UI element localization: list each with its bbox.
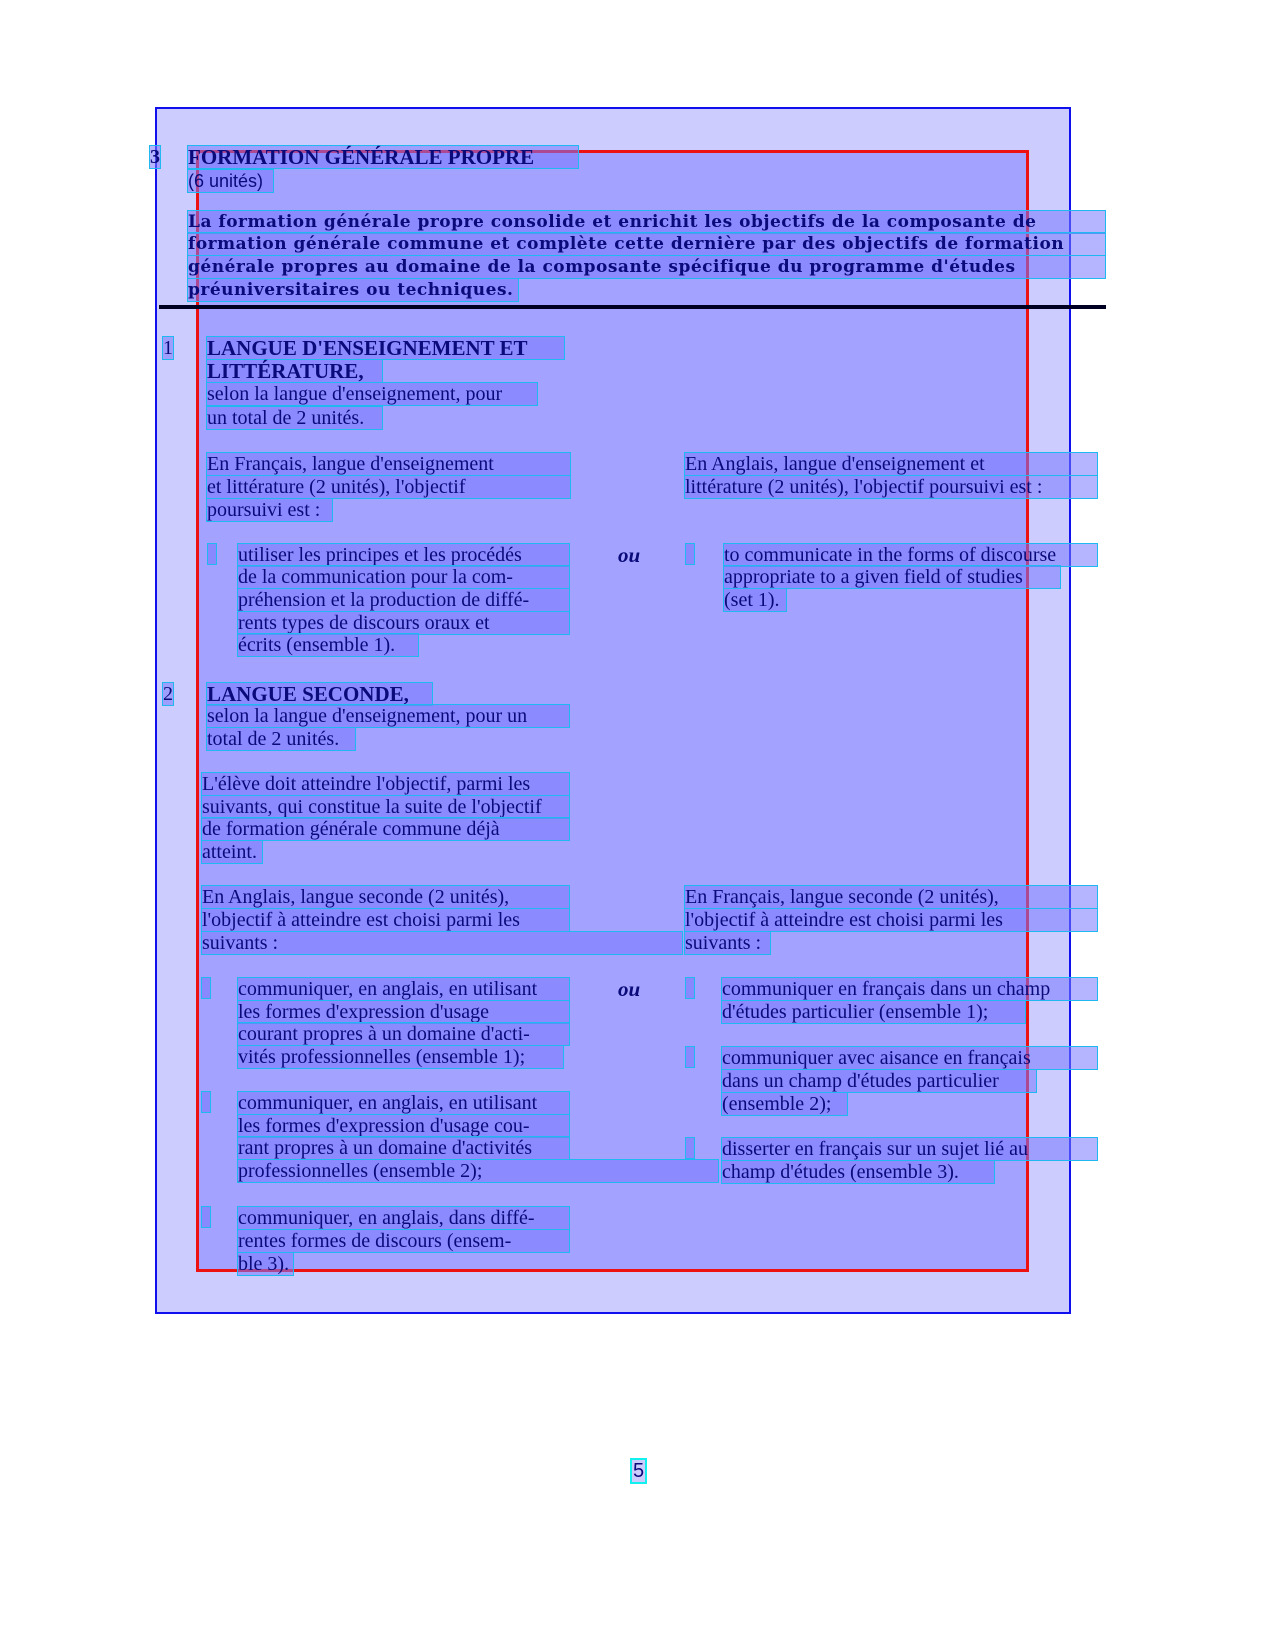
section-number: 3	[150, 146, 160, 168]
right-intro: littérature (2 unités), l'objectif pours…	[685, 476, 1097, 498]
bullet-text: rant propres à un domaine d'activités	[238, 1137, 569, 1159]
bullet-text: vités professionnelles (ensemble 1);	[238, 1046, 563, 1068]
bullet-text: rentes formes de discours (ensem-	[238, 1230, 569, 1252]
separator-ou: ou	[618, 978, 640, 1000]
left-intro: En Anglais, langue seconde (2 unités),	[202, 886, 569, 908]
section-title: FORMATION GÉNÉRALE PROPRE	[188, 146, 578, 168]
right-intro: En Français, langue seconde (2 unités),	[685, 886, 1097, 908]
bullet-text: rents types de discours oraux et	[238, 612, 569, 634]
bullet-text: to communicate in the forms of discourse	[724, 544, 1097, 566]
bullet-text: communiquer avec aisance en français	[722, 1047, 1097, 1069]
bullet-text: communiquer en français dans un champ	[722, 978, 1097, 1000]
note-line: atteint.	[202, 841, 262, 863]
section-units: (6 unités)	[188, 170, 273, 192]
bullet-icon	[202, 1092, 210, 1112]
bullet-icon	[208, 544, 216, 564]
bullet-text: disserter en français sur un sujet lié a…	[722, 1138, 1097, 1160]
bullet-text: professionnelles (ensemble 2);	[238, 1160, 718, 1182]
bullet-text: courant propres à un domaine d'acti-	[238, 1023, 569, 1045]
bullet-icon	[686, 1138, 694, 1158]
bullet-text: ble 3).	[238, 1253, 293, 1275]
subsection-number: 1	[163, 337, 173, 359]
intro-line: préuniversitaires ou techniques.	[188, 279, 518, 301]
subsection-desc: selon la langue d'enseignement, pour un	[207, 705, 569, 727]
right-intro: l'objectif à atteindre est choisi parmi …	[685, 909, 1097, 931]
subsection-desc: un total de 2 unités.	[207, 407, 382, 429]
bullet-text: préhension et la production de diffé-	[238, 589, 569, 611]
subsection-title: LANGUE D'ENSEIGNEMENT ET	[207, 337, 564, 359]
note-line: L'élève doit atteindre l'objectif, parmi…	[202, 773, 569, 795]
bullet-text: communiquer, en anglais, dans diffé-	[238, 1207, 569, 1229]
intro-line: générale propres au domaine de la compos…	[188, 256, 1105, 278]
subsection-desc: total de 2 unités.	[207, 728, 355, 750]
right-intro: suivants :	[685, 932, 770, 954]
bullet-text: dans un champ d'études particulier	[722, 1070, 1036, 1092]
bullet-text: appropriate to a given field of studies	[724, 566, 1060, 588]
bullet-text: écrits (ensemble 1).	[238, 634, 418, 656]
horizontal-rule	[159, 305, 1106, 309]
bullet-icon	[686, 544, 694, 564]
bullet-icon	[202, 1207, 210, 1227]
left-intro: suivants :	[202, 932, 682, 954]
bullet-icon	[686, 978, 694, 998]
bullet-text: de la communication pour la com-	[238, 566, 569, 588]
bullet-icon	[202, 978, 210, 998]
note-line: suivants, qui constitue la suite de l'ob…	[202, 796, 569, 818]
subsection-title: LITTÉRATURE,	[207, 360, 382, 382]
left-intro: l'objectif à atteindre est choisi parmi …	[202, 909, 569, 931]
bullet-icon	[686, 1047, 694, 1067]
page-number: 5	[632, 1460, 645, 1482]
left-intro: En Français, langue d'enseignement	[207, 453, 570, 475]
right-intro: En Anglais, langue d'enseignement et	[685, 453, 1097, 475]
bullet-text: d'études particulier (ensemble 1);	[722, 1001, 1025, 1023]
bullet-text: les formes d'expression d'usage	[238, 1001, 569, 1023]
bullet-text: champ d'études (ensemble 3).	[722, 1161, 994, 1183]
left-intro: poursuivi est :	[207, 499, 332, 521]
subsection-number: 2	[163, 683, 173, 705]
intro-line: formation générale commune et complète c…	[188, 233, 1105, 255]
left-intro: et littérature (2 unités), l'objectif	[207, 476, 570, 498]
separator-ou: ou	[618, 544, 640, 566]
bullet-text: communiquer, en anglais, en utilisant	[238, 1092, 569, 1114]
bullet-text: (set 1).	[724, 589, 786, 611]
bullet-text: communiquer, en anglais, en utilisant	[238, 978, 569, 1000]
bullet-text: les formes d'expression d'usage cou-	[238, 1115, 569, 1137]
intro-line: La formation générale propre consolide e…	[188, 211, 1105, 233]
subsection-desc: selon la langue d'enseignement, pour	[207, 383, 537, 405]
note-line: de formation générale commune déjà	[202, 818, 569, 840]
subsection-title: LANGUE SECONDE,	[207, 683, 432, 705]
bullet-text: utiliser les principes et les procédés	[238, 544, 569, 566]
bullet-text: (ensemble 2);	[722, 1093, 847, 1115]
